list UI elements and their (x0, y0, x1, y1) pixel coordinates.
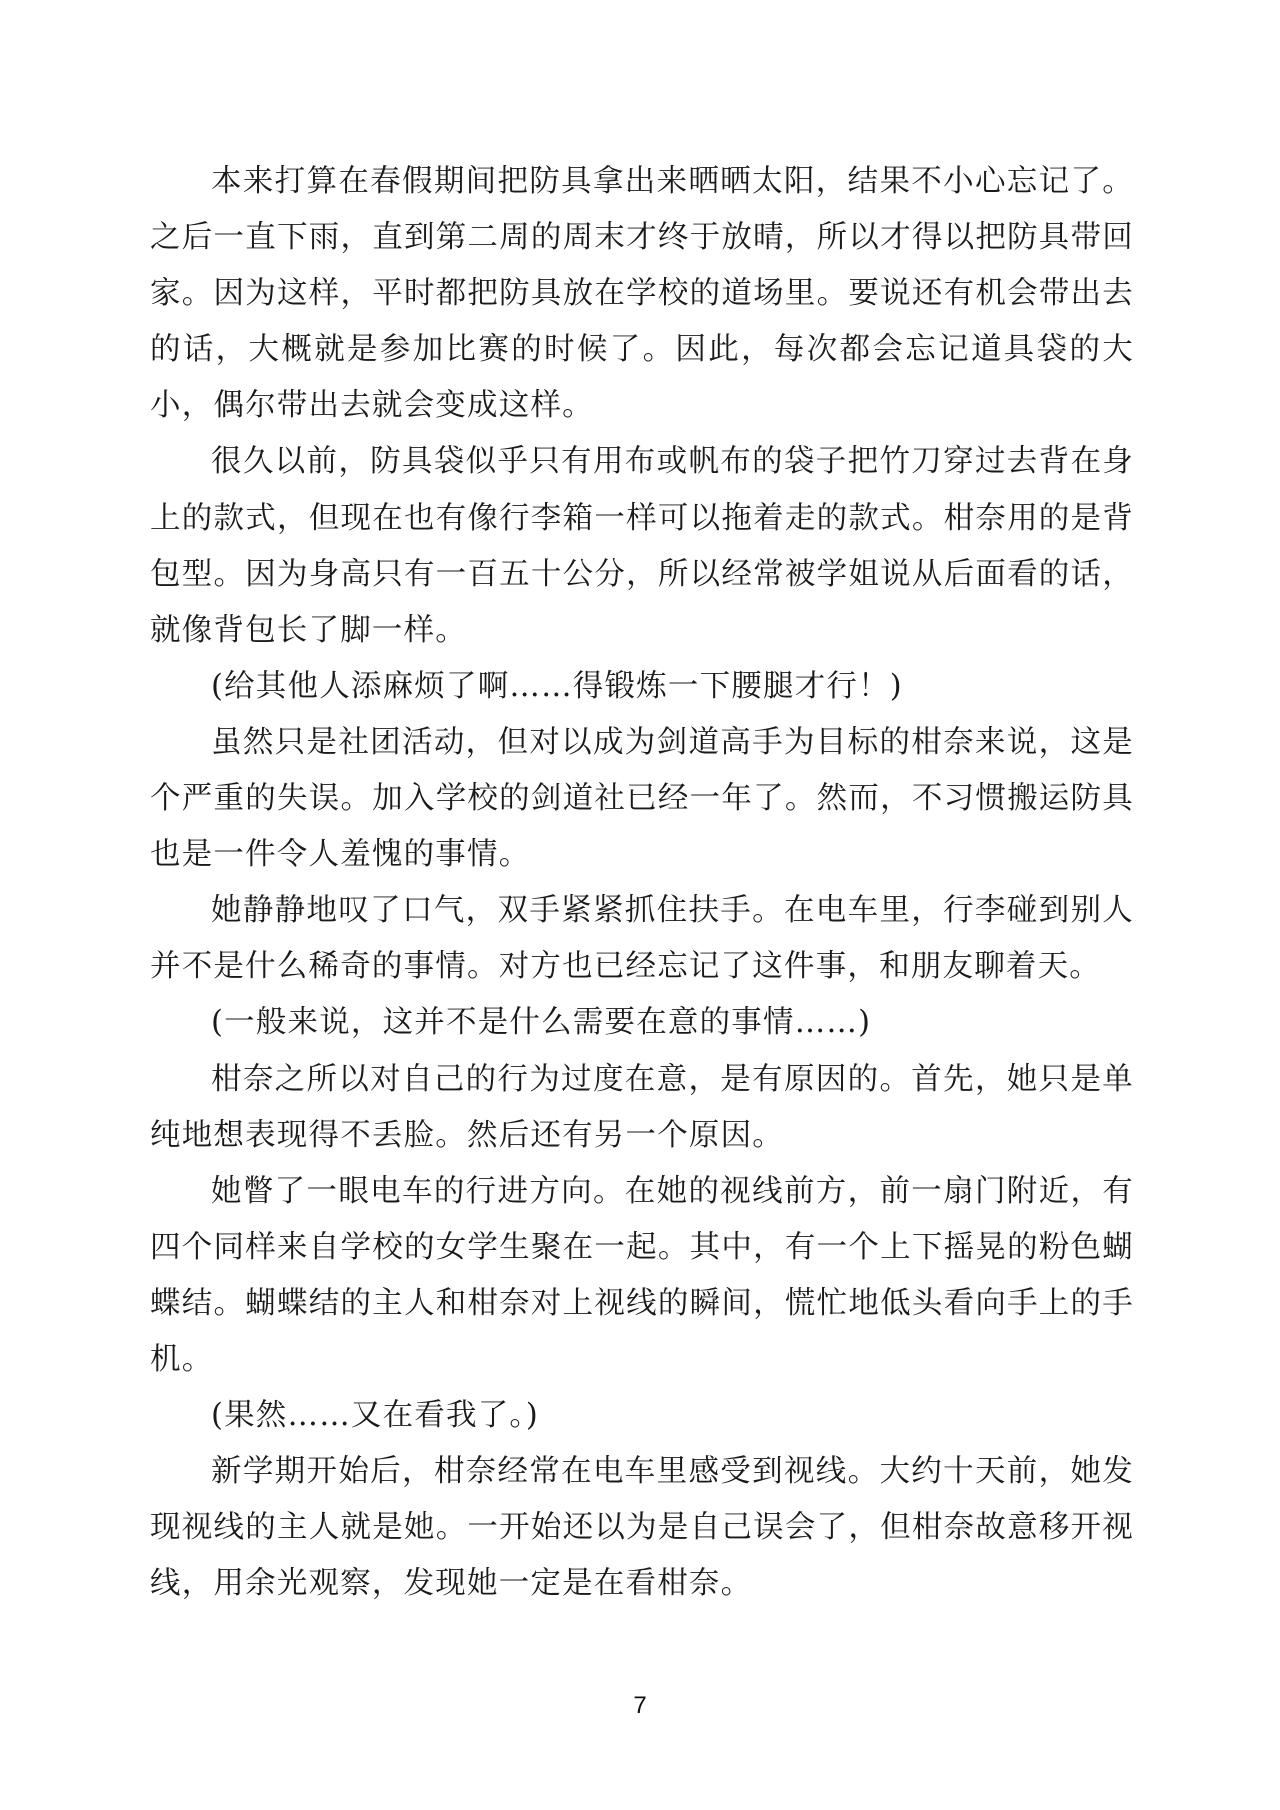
paragraph-4: 她静静地叹了口气，双手紧紧抓住扶手。在电车里，行李碰到别人并不是什么稀奇的事情。… (150, 883, 1134, 995)
paragraph-2: 很久以前，防具袋似乎只有用布或帆布的袋子把竹刀穿过去背在身上的款式，但现在也有像… (150, 434, 1134, 658)
paragraph-3: 虽然只是社团活动，但对以成为剑道高手为目标的柑奈来说，这是个严重的失误。加入学校… (150, 715, 1134, 883)
paragraph-6: 她瞥了一眼电车的行进方向。在她的视线前方，前一扇门附近，有四个同样来自学校的女学… (150, 1164, 1134, 1388)
inner-thought-3: (果然……又在看我了。) (150, 1388, 1134, 1444)
paragraph-7: 新学期开始后，柑奈经常在电车里感受到视线。大约十天前，她发现视线的主人就是她。一… (150, 1444, 1134, 1612)
paragraph-1: 本来打算在春假期间把防具拿出来晒晒太阳，结果不小心忘记了。之后一直下雨，直到第二… (150, 154, 1134, 434)
paragraph-5: 柑奈之所以对自己的行为过度在意，是有原因的。首先，她只是单纯地想表现得不丢脸。然… (150, 1052, 1134, 1164)
inner-thought-2: (一般来说，这并不是什么需要在意的事情……) (150, 995, 1134, 1051)
body-text: 本来打算在春假期间把防具拿出来晒晒太阳，结果不小心忘记了。之后一直下雨，直到第二… (150, 154, 1134, 1612)
inner-thought-1: (给其他人添麻烦了啊……得锻炼一下腰腿才行！) (150, 659, 1134, 715)
document-page: 本来打算在春假期间把防具拿出来晒晒太阳，结果不小心忘记了。之后一直下雨，直到第二… (0, 0, 1280, 1810)
page-number: 7 (0, 1692, 1280, 1720)
